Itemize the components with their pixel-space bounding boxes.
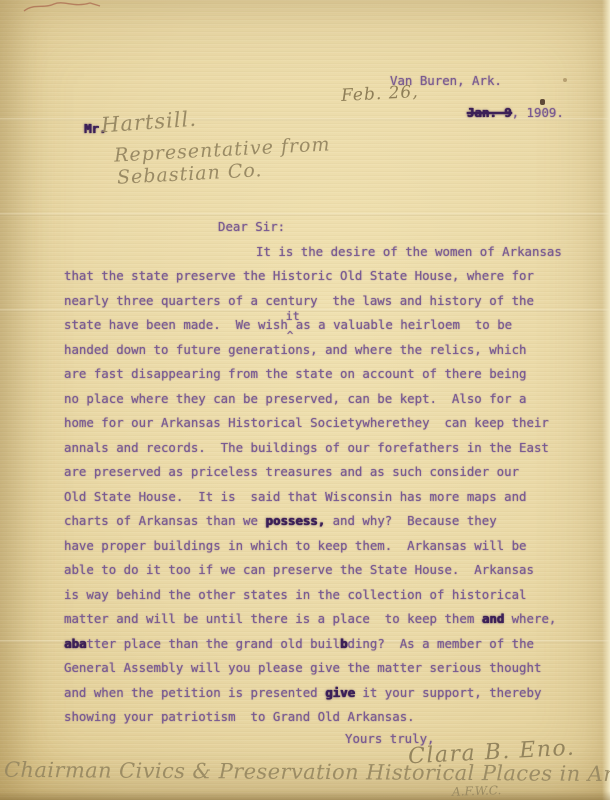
recipient-name: Hartsill.	[100, 107, 197, 138]
typed-text: showing your patriotism to Grand Old Ark…	[64, 709, 415, 724]
typed-line: and when the petition is presented give …	[64, 681, 604, 706]
typed-text: able to do it too if we can preserve the…	[64, 562, 534, 577]
typed-text: matter and will be until there is a plac…	[64, 611, 482, 626]
overstruck-text: and	[482, 611, 504, 626]
typed-line: able to do it too if we can preserve the…	[64, 558, 604, 583]
typed-insertion: it^	[288, 317, 296, 329]
overstruck-text: possess,	[265, 513, 325, 528]
typed-text: handed down to future generations, and w…	[64, 342, 527, 357]
typed-text: state have been made. We wish	[64, 317, 288, 332]
typed-text: are preserved as priceless treasures and…	[64, 464, 519, 479]
typed-line: abatter place than the grand old builbdi…	[64, 632, 604, 657]
letter-page: Van Buren, Ark. Jan. 9, 1909. Feb. 26, M…	[0, 0, 610, 800]
typed-text: home for our Arkansas Historical Society…	[64, 415, 549, 430]
typed-line: charts of Arkansas than we possess, and …	[64, 509, 604, 534]
handwritten-date: Feb. 26,	[341, 82, 420, 106]
typed-line: It is the desire of the women of Arkansa…	[64, 240, 604, 265]
typed-text: that the state preserve the Historic Old…	[64, 268, 534, 283]
typed-text: as a valuable heirloem to be	[296, 317, 512, 332]
typed-line: that the state preserve the Historic Old…	[64, 264, 604, 289]
typed-text: Dear Sir:	[218, 219, 285, 234]
typed-line: state have been made. We wishit^as a val…	[64, 313, 604, 338]
typed-line: home for our Arkansas Historical Society…	[64, 411, 604, 436]
overstruck-text: give	[325, 685, 355, 700]
typed-text: and when the petition is presented	[64, 685, 325, 700]
typed-line: no place where they can be preserved, ca…	[64, 387, 604, 412]
typed-line: Dear Sir:	[64, 215, 604, 240]
typed-line: handed down to future generations, and w…	[64, 338, 604, 363]
typed-text: tter place than the grand old buil	[86, 636, 340, 651]
signer-initials: A.F.W.C.	[452, 783, 502, 799]
typed-text: annals and records. The buildings of our…	[64, 440, 549, 455]
struck-date-text: Jan. 9	[467, 105, 512, 120]
overstruck-text: b	[340, 636, 347, 651]
typed-text: and why? Because they	[325, 513, 497, 528]
typed-text: is way behind the other states in the co…	[64, 587, 527, 602]
overstruck-text: aba	[64, 636, 86, 651]
paper-edge-shadow	[0, 791, 610, 800]
typed-line: showing your patriotism to Grand Old Ark…	[64, 705, 604, 730]
pencil-scribble-mark	[20, 0, 105, 16]
typed-line: Old State House. It is said that Wiscons…	[64, 485, 604, 510]
letterhead-date: Jan. 9, 1909.	[437, 90, 564, 135]
signer-title-line: Chairman Civics & Preservation Historica…	[4, 758, 610, 786]
typed-line: General Assembly will you please give th…	[64, 656, 604, 681]
typed-text: Old State House. It is said that Wiscons…	[64, 489, 527, 504]
paper-speck	[563, 78, 567, 82]
date-year-text: , 1909.	[512, 105, 564, 120]
typed-line: annals and records. The buildings of our…	[64, 436, 604, 461]
typed-text: no place where they can be preserved, ca…	[64, 391, 527, 406]
typed-line: matter and will be until there is a plac…	[64, 607, 604, 632]
typed-text: are fast disappearing from the state on …	[64, 366, 527, 381]
typed-text: have proper buildings in which to keep t…	[64, 538, 527, 553]
body-lines: Dear Sir:It is the desire of the women o…	[64, 215, 604, 730]
typed-text: ding? As a member of the	[348, 636, 535, 651]
typed-line: are fast disappearing from the state on …	[64, 362, 604, 387]
typed-line: is way behind the other states in the co…	[64, 583, 604, 608]
typed-line: are preserved as priceless treasures and…	[64, 460, 604, 485]
typed-text: It is the desire of the women of Arkansa…	[256, 244, 562, 259]
typed-text: General Assembly will you please give th…	[64, 660, 541, 675]
typed-text: where,	[504, 611, 556, 626]
typed-line: nearly three quarters of a century the l…	[64, 289, 604, 314]
typed-line: have proper buildings in which to keep t…	[64, 534, 604, 559]
typed-text: charts of Arkansas than we	[64, 513, 265, 528]
typed-text: it your support, thereby	[355, 685, 542, 700]
